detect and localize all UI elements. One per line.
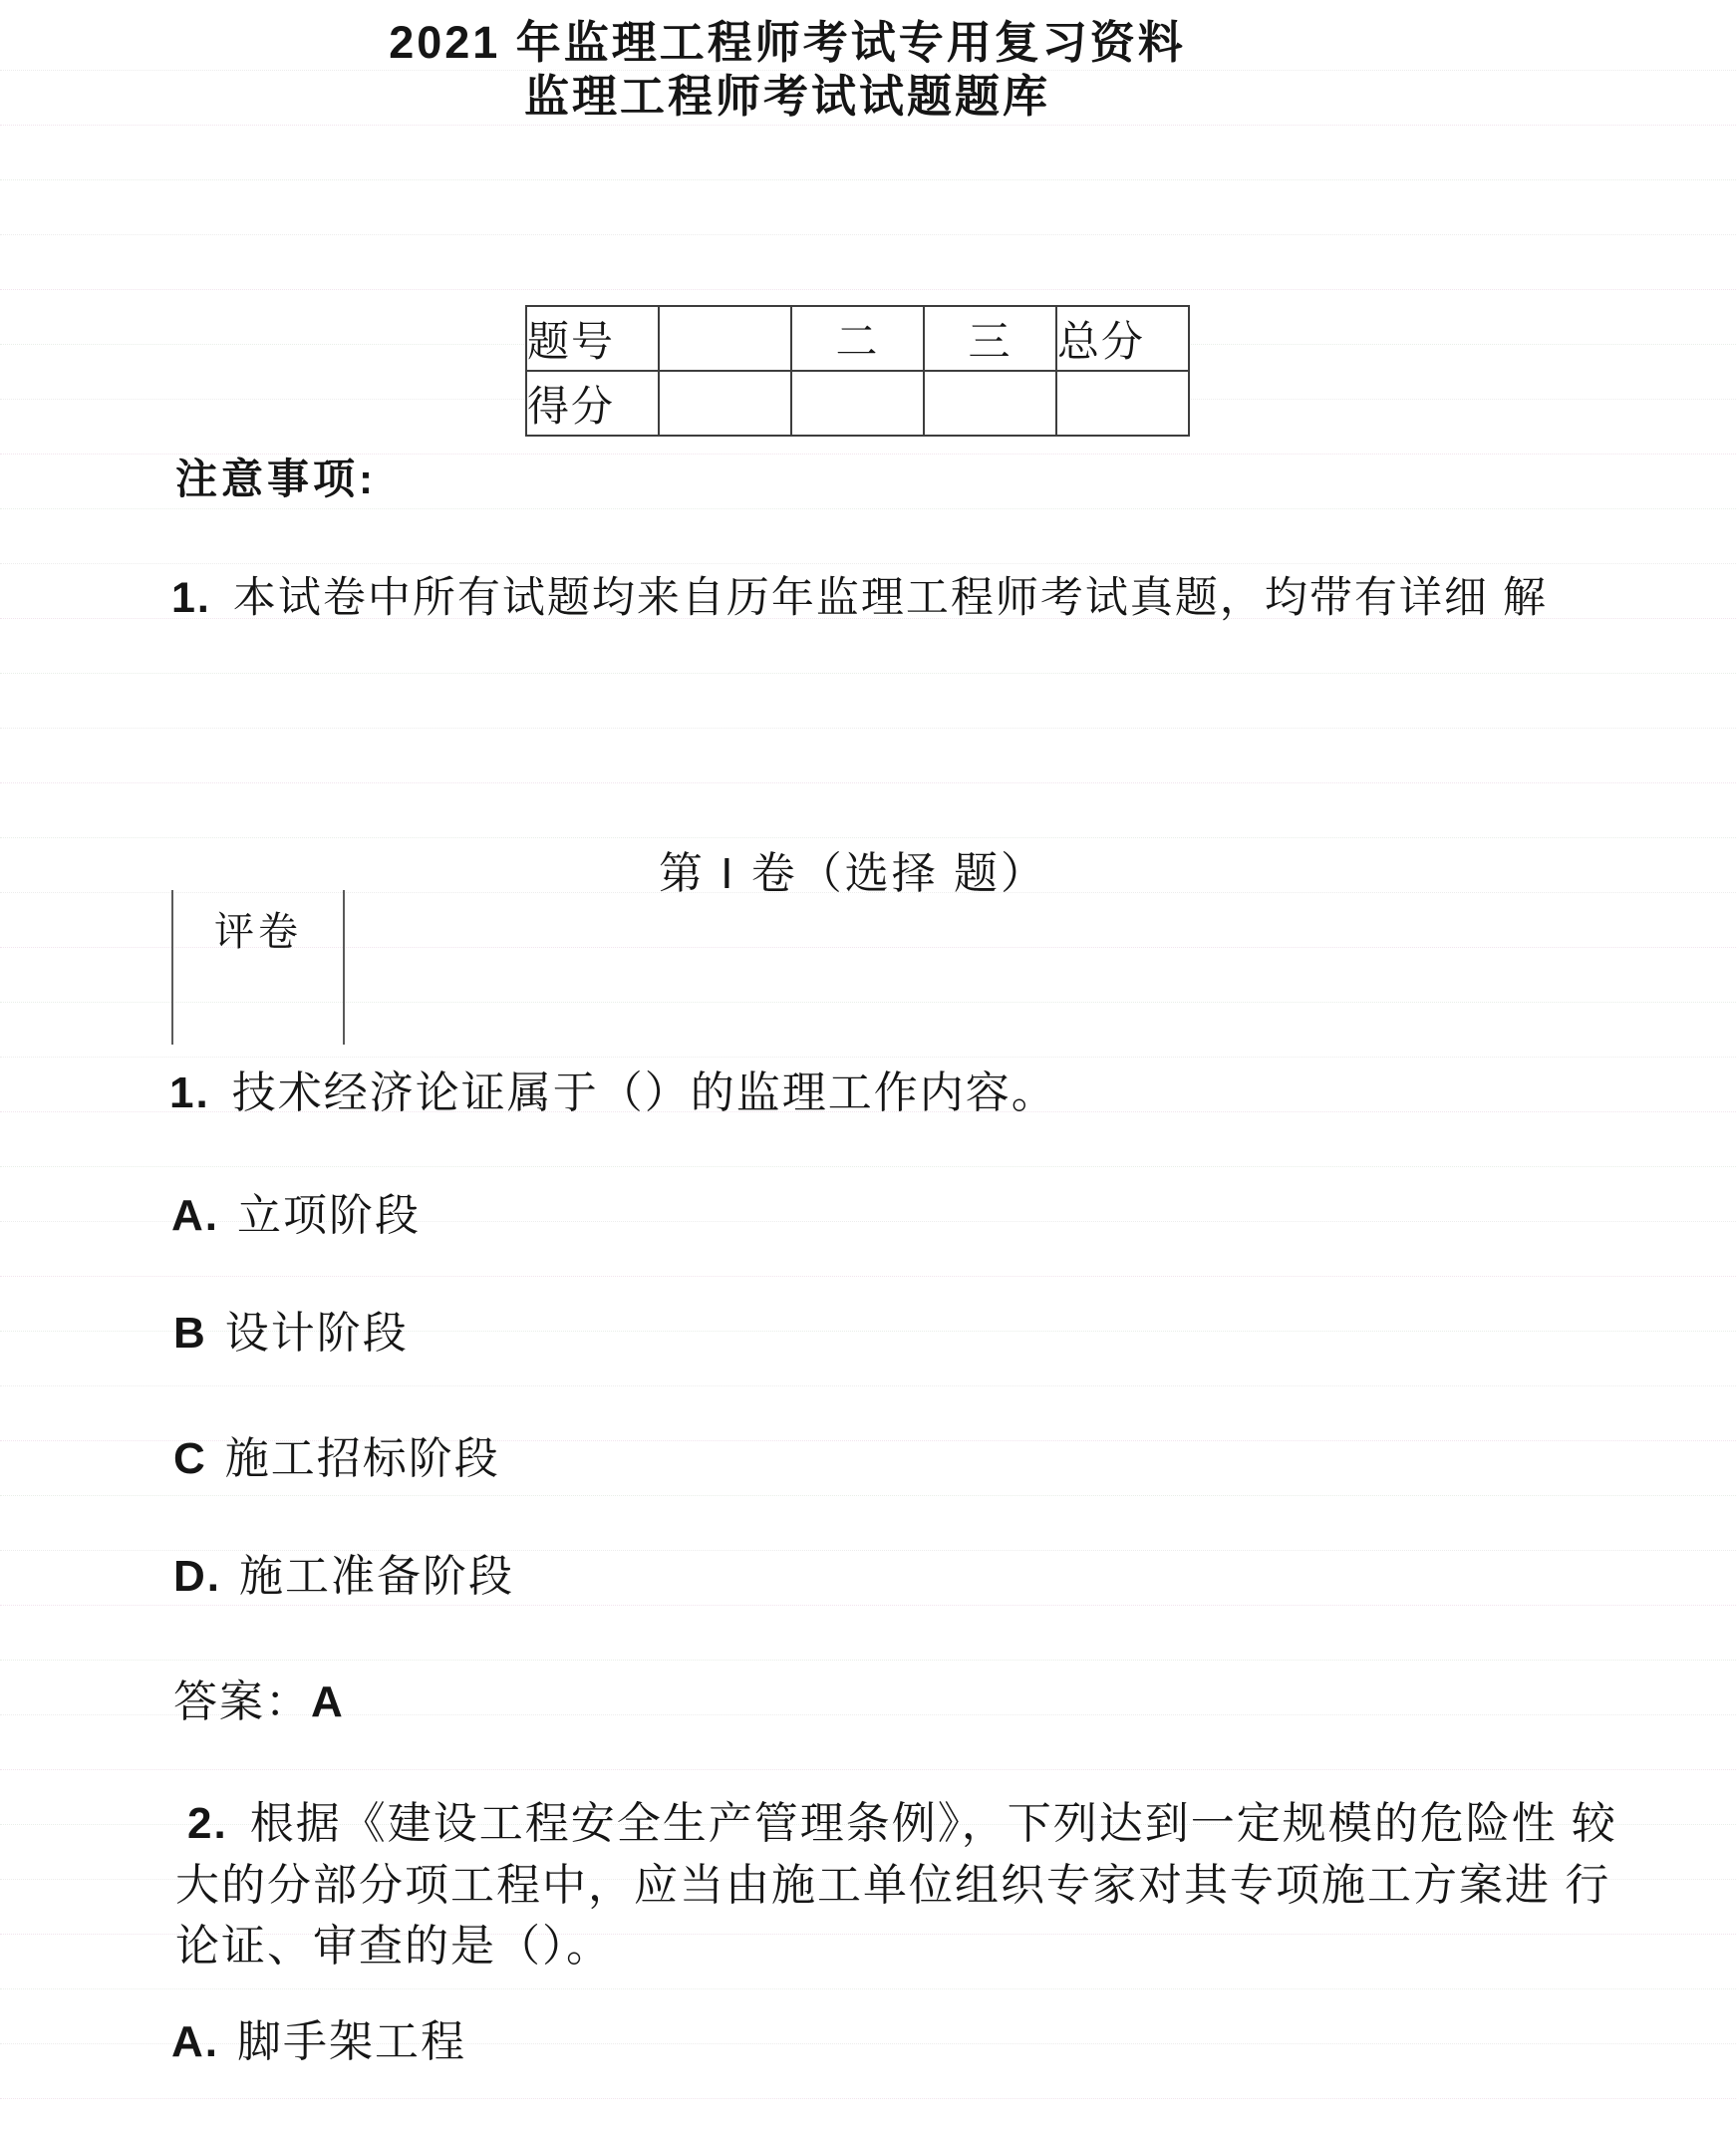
score-table-cell-blank <box>659 306 791 371</box>
question-1-option-c-text: 施工招标阶段 <box>225 1434 500 1483</box>
notice-item-1-text: 本试卷中所有试题均来自历年监理工程师考试真题，均带有详细 解 <box>233 574 1548 622</box>
score-table-cell-two: 二 <box>791 306 924 371</box>
question-1-option-b-label: B <box>173 1309 207 1358</box>
question-1-text: 技术经济论证属于（）的监理工作内容。 <box>232 1068 1057 1117</box>
grader-box-label: 评卷 <box>173 900 343 957</box>
question-1-stem: 1.技术经济论证属于（）的监理工作内容。 <box>169 1057 1057 1120</box>
question-2-stem-line2: 大的分部分项工程中，应当由施工单位组织专家对其专项施工方案进 行 <box>175 1849 1610 1913</box>
question-1-answer-value: A <box>311 1677 345 1726</box>
notice-item-1: 1.本试卷中所有试题均来自历年监理工程师考试真题，均带有详细 解 <box>171 564 1548 625</box>
score-table-cell-empty <box>1056 371 1189 436</box>
score-table-cell-question-no: 题号 <box>526 306 659 371</box>
question-2-stem-line3: 论证、审查的是（）。 <box>175 1910 612 1974</box>
question-2-option-a-label: A. <box>171 2017 219 2066</box>
question-2-text-line1: 根据《建设工程安全生产管理条例》，下列达到一定规模的危险性 较 <box>250 1799 1617 1848</box>
question-2-number: 2. <box>187 1799 228 1848</box>
notice-item-1-number: 1. <box>171 574 211 622</box>
score-table-cell-three: 三 <box>924 306 1056 371</box>
question-1-option-a: A.立项阶段 <box>171 1179 421 1243</box>
question-2-option-a-text: 脚手架工程 <box>237 2017 466 2066</box>
question-1-answer: 答案：A <box>173 1666 345 1729</box>
question-2-option-a: A.脚手架工程 <box>171 2005 466 2069</box>
score-table-cell-score-label: 得分 <box>526 371 659 436</box>
notice-heading: 注意事项: <box>175 447 377 506</box>
question-1-option-d: D.施工准备阶段 <box>173 1540 514 1604</box>
score-table: 题号 二 三 总分 得分 <box>525 305 1190 437</box>
question-1-option-b-text: 设计阶段 <box>225 1309 409 1358</box>
question-1-number: 1. <box>169 1068 210 1117</box>
score-table-cell-empty <box>659 371 791 436</box>
question-1-option-c: C施工招标阶段 <box>173 1422 500 1486</box>
grader-box: 评卷 <box>171 890 345 1045</box>
question-1-option-b: B设计阶段 <box>173 1297 409 1361</box>
question-1-answer-label: 答案： <box>173 1677 311 1726</box>
score-table-header-row: 题号 二 三 总分 <box>526 306 1189 371</box>
question-2-stem-line1: 2.根据《建设工程安全生产管理条例》，下列达到一定规模的危险性 较 <box>187 1787 1617 1851</box>
question-1-option-a-label: A. <box>171 1191 219 1240</box>
score-table-score-row: 得分 <box>526 371 1189 436</box>
score-table-cell-empty <box>924 371 1056 436</box>
question-1-option-c-label: C <box>173 1434 207 1483</box>
question-1-option-d-label: D. <box>173 1552 221 1601</box>
score-table-cell-total: 总分 <box>1056 306 1189 371</box>
question-1-option-a-text: 立项阶段 <box>237 1191 421 1240</box>
question-1-option-d-text: 施工准备阶段 <box>239 1552 514 1601</box>
document-title-line2: 监理工程师考试试题题库 <box>0 60 1575 125</box>
score-table-cell-empty <box>791 371 924 436</box>
